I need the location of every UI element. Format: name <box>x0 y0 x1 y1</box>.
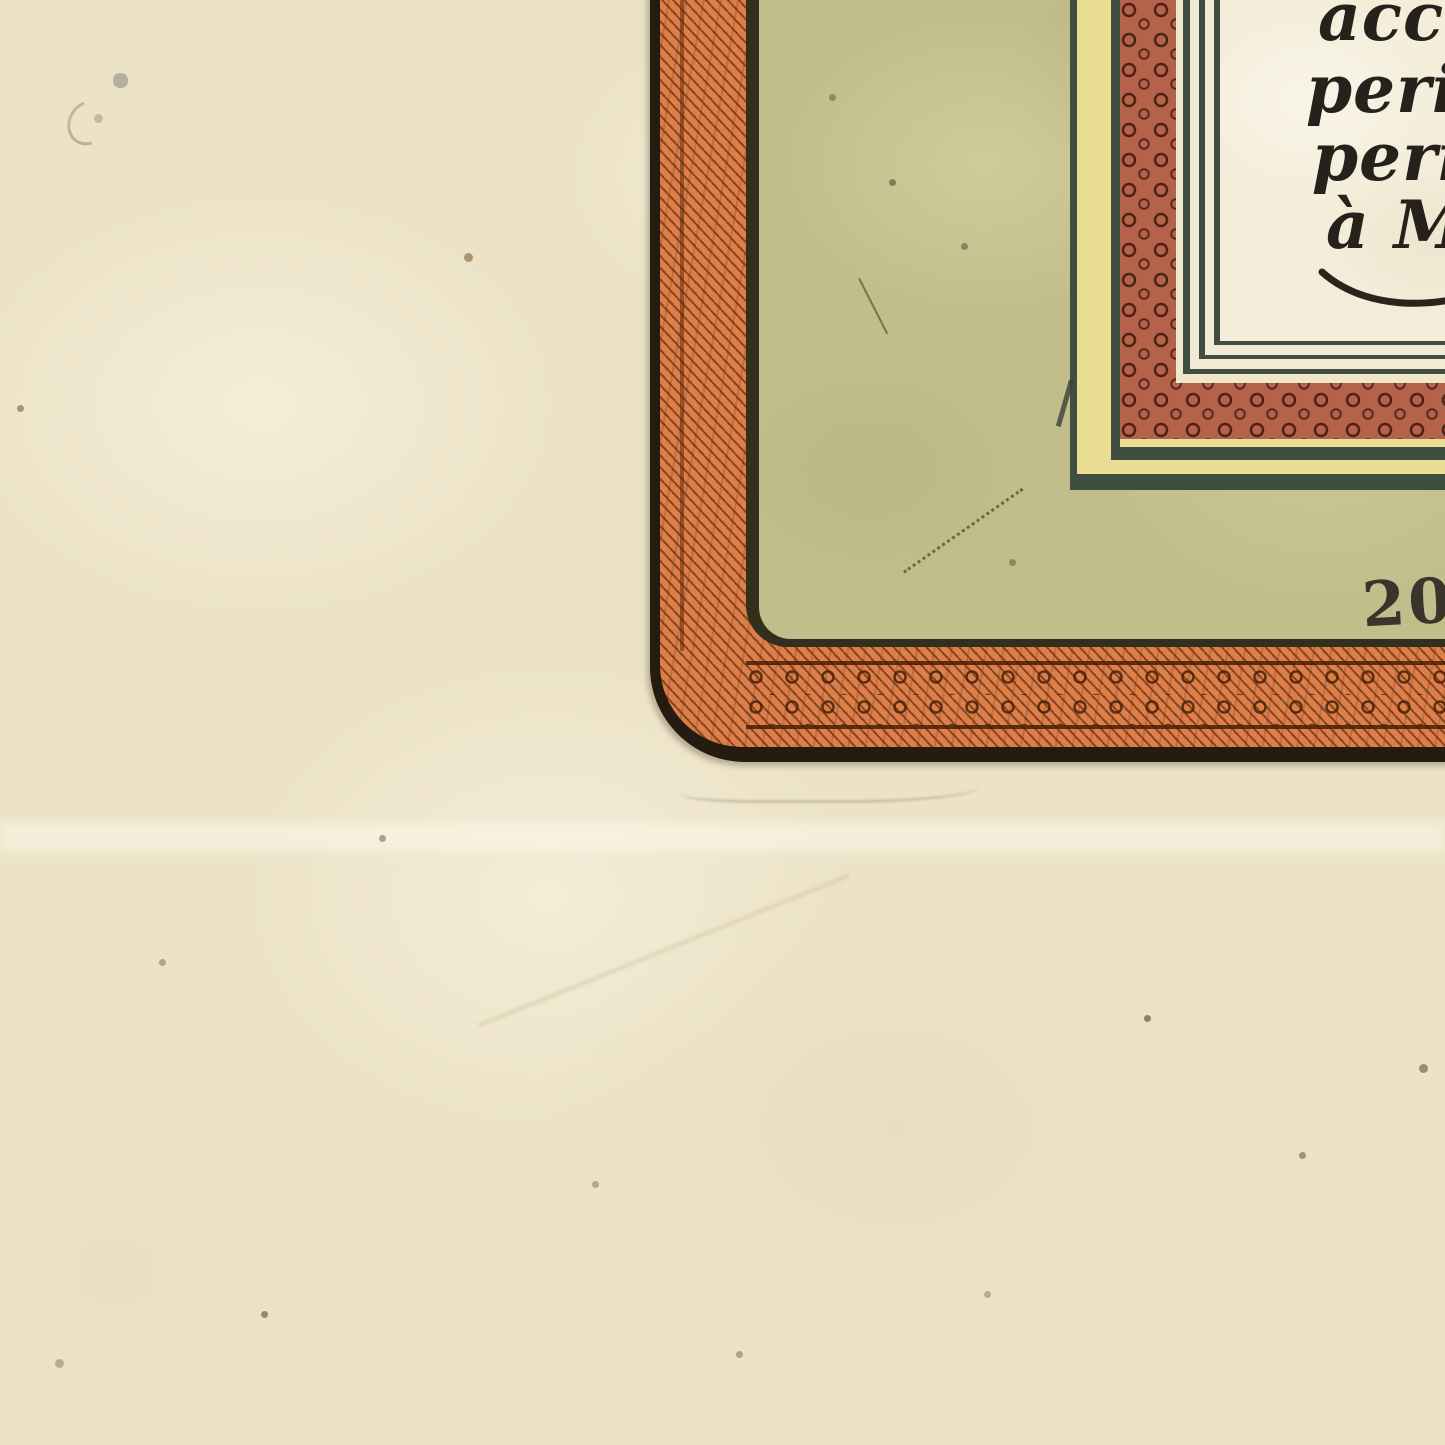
border-band-inner-rule <box>680 0 684 651</box>
cartouche-gap-2: acceſ perij periú à M <box>1205 0 1445 355</box>
cartouche-band-yellow-2: acceſ perij periú à M <box>1120 0 1445 447</box>
border-band-ring-pattern <box>746 661 1445 729</box>
flourish-icon <box>1316 266 1445 320</box>
cartouche-rule-3: acceſ perij periú à M <box>1214 0 1445 345</box>
scan-stage: acceſ perij periú à M <box>0 0 1445 1445</box>
paper-specks <box>0 0 5 5</box>
cartouche-band-red-rings: acceſ perij periú à M <box>1120 0 1445 439</box>
cartouche-rule-2: acceſ perij periú à M <box>1199 0 1445 359</box>
cartouche-interior: acceſ perij periú à M <box>1220 0 1445 341</box>
plate-corner-shadow <box>680 766 980 803</box>
cartouche-gap-1: acceſ perij periú à M <box>1190 0 1445 369</box>
cartouche-band-outer-green: acceſ perij periú à M <box>1070 0 1445 490</box>
cartouche-band-green: acceſ perij periú à M <box>1111 0 1445 460</box>
cartouche-text-line-2: perij <box>1306 56 1445 122</box>
cartouche-band-pale: acceſ perij periú à M <box>1176 0 1445 383</box>
cartouche-rule-1: acceſ perij periú à M <box>1183 0 1445 374</box>
map-grid-label: 20 <box>1360 564 1445 642</box>
cartouche-text-line-1: acceſ <box>1318 0 1445 50</box>
cartouche-text-line-4: à M <box>1326 192 1445 258</box>
cartouche: acceſ perij periú à M <box>1070 0 1445 490</box>
cartouche-text-line-3: periú <box>1312 124 1445 190</box>
cartouche-band-yellow: acceſ perij periú à M <box>1077 0 1445 474</box>
paper-light-band <box>0 822 1445 852</box>
